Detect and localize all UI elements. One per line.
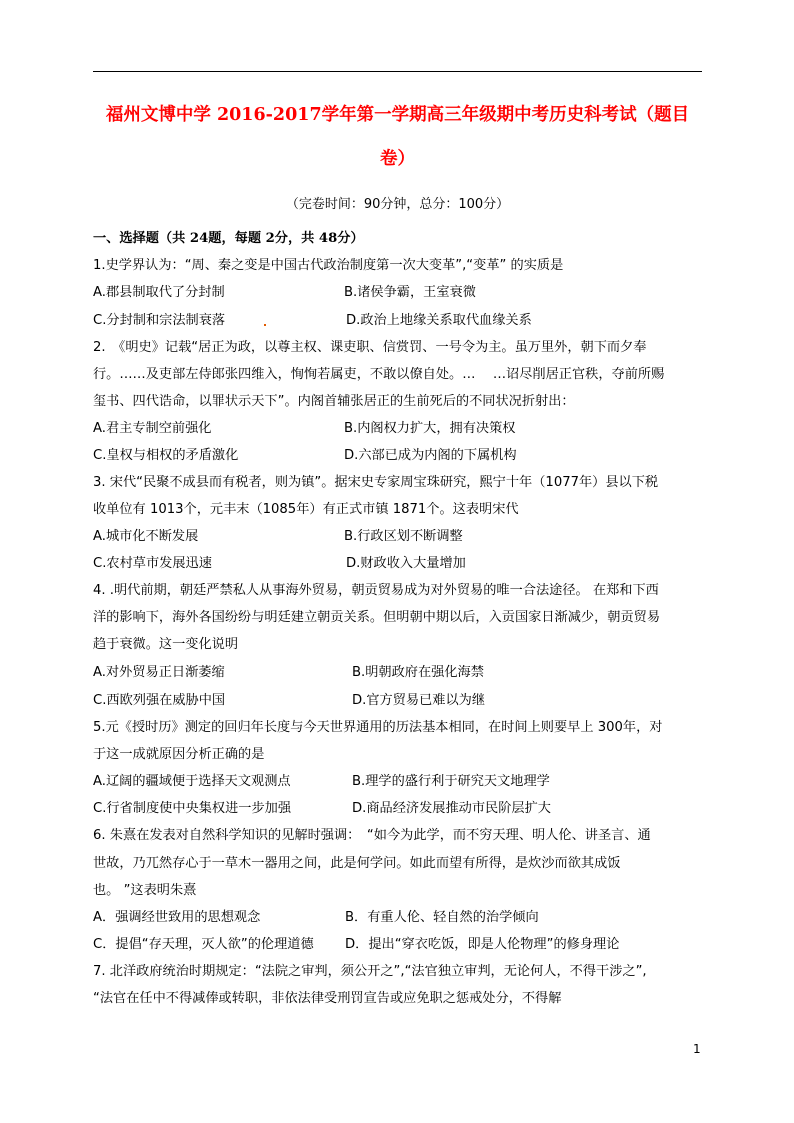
question-4-option-d: D.官方贸易已难以为继 — [352, 692, 485, 710]
exam-title-line-2: 卷） — [93, 145, 702, 170]
question-2-stem-line-2: 行。……及吏部左侍郎张四维入，恂恂若属吏，不敢以僚自处。… …诏尽削居正官秩，夺… — [93, 366, 664, 384]
question-5-option-d: D.商品经济发展推动市民阶层扩大 — [352, 800, 551, 818]
stray-mark — [264, 324, 266, 326]
header-rule — [93, 71, 702, 72]
question-5-option-b: B.理学的盛行利于研究天文地理学 — [352, 773, 550, 791]
question-3-stem-line-2: 收单位有 1013个，元丰末（1085年）有正式市镇 1871个。这表明宋代 — [93, 501, 519, 519]
question-4-option-b: B.明朝政府在强化海禁 — [352, 664, 484, 682]
question-4-stem-line-3: 趋于衰微。这一变化说明 — [93, 636, 238, 654]
question-3-option-b: B.行政区划不断调整 — [344, 528, 463, 546]
question-2-option-b: B.内阁权力扩大，拥有决策权 — [344, 420, 516, 438]
question-6-option-a: A．强调经世致用的思想观念 — [93, 909, 260, 927]
question-2-option-c: C.皇权与相权的矛盾激化 — [93, 447, 238, 465]
question-1-stem: 1.史学界认为：“周、秦之变是中国古代政治制度第一次大变革”,“变革” 的实质是 — [93, 257, 563, 275]
question-4-option-a: A.对外贸易正日渐萎缩 — [93, 664, 225, 682]
question-7-stem-line-2: “法官在任中不得减俸或转职，非依法律受刑罚宣告或应免职之惩戒处分，不得解 — [93, 990, 561, 1008]
question-3-option-a: A.城市化不断发展 — [93, 528, 198, 546]
question-5-option-c: C.行省制度使中央集权进一步加强 — [93, 800, 291, 818]
question-6-stem-line-2: 世故，乃兀然存心于一草木一器用之间，此是何学问。如此而望有所得，是炊沙而欲其成饭 — [93, 855, 621, 873]
question-6-option-b: B．有重人伦、轻自然的治学倾向 — [345, 909, 539, 927]
question-5-stem-line-2: 于这一成就原因分析正确的是 — [93, 746, 264, 764]
question-6-option-c: C．提倡“存天理，灭人欲”的伦理道德 — [93, 936, 314, 954]
question-1-option-a: A.郡县制取代了分封制 — [93, 284, 225, 302]
question-1-option-b: B.诸侯争霸，王室衰微 — [344, 284, 476, 302]
question-6-option-d: D．提出“穿衣吃饭，即是人伦物理”的修身理论 — [345, 936, 619, 954]
question-3-option-d: D.财政收入大量增加 — [346, 555, 466, 573]
page-number: 1 — [693, 1042, 701, 1056]
exam-title-line-1: 福州文博中学 2016-2017学年第一学期高三年级期中考历史科考试（题目 — [93, 101, 702, 126]
question-2-stem-line-1: 2. 《明史》记载“居正为政，以尊主权、课吏职、信赏罚、一号令为主。虽万里外，朝… — [93, 339, 647, 357]
question-3-option-c: C.农村草市发展迅速 — [93, 555, 212, 573]
question-1-option-d: D.政治上地缘关系取代血缘关系 — [346, 312, 532, 330]
question-2-stem-line-3: 玺书、四代诰命，以罪状示天下”。内阁首辅张居正的生前死后的不同状况折射出： — [93, 393, 575, 411]
question-2-option-a: A.君主专制空前强化 — [93, 420, 211, 438]
question-5-stem-line-1: 5.元《授时历》测定的回归年长度与今天世界通用的历法基本相同，在时间上则要早上 … — [93, 719, 662, 737]
question-2-option-d: D.六部已成为内阁的下属机构 — [344, 447, 517, 465]
exam-time-info: （完卷时间：90分钟，总分：100分） — [93, 193, 702, 212]
question-6-stem-line-1: 6. 朱熹在发表对自然科学知识的见解时强调： “如今为此学，而不穷天理、明人伦、… — [93, 827, 651, 845]
exam-page: 福州文博中学 2016-2017学年第一学期高三年级期中考历史科考试（题目 卷）… — [0, 0, 794, 1123]
question-6-stem-line-3: 也。 ”这表明朱熹 — [93, 882, 196, 900]
section-heading: 一、选择题（共 24题，每题 2分，共 48分） — [93, 230, 364, 248]
question-5-option-a: A.辽阔的疆域便于选择天文观测点 — [93, 773, 291, 791]
question-4-option-c: C.西欧列强在威胁中国 — [93, 692, 225, 710]
question-4-stem-line-1: 4. .明代前期，朝廷严禁私人从事海外贸易，朝贡贸易成为对外贸易的唯一合法途径。… — [93, 582, 659, 600]
question-1-option-c: C.分封制和宗法制衰落 — [93, 312, 225, 330]
question-3-stem-line-1: 3. 宋代“民聚不成县而有税者，则为镇”。据宋史专家周宝珠研究，熙宁十年（107… — [93, 474, 658, 492]
question-4-stem-line-2: 洋的影响下，海外各国纷纷与明廷建立朝贡关系。但明朝中期以后，入贡国家日渐减少，朝… — [93, 609, 660, 627]
question-7-stem-line-1: 7. 北洋政府统治时期规定：“法院之审判，须公开之”,“法官独立审判，无论何人，… — [93, 963, 647, 981]
